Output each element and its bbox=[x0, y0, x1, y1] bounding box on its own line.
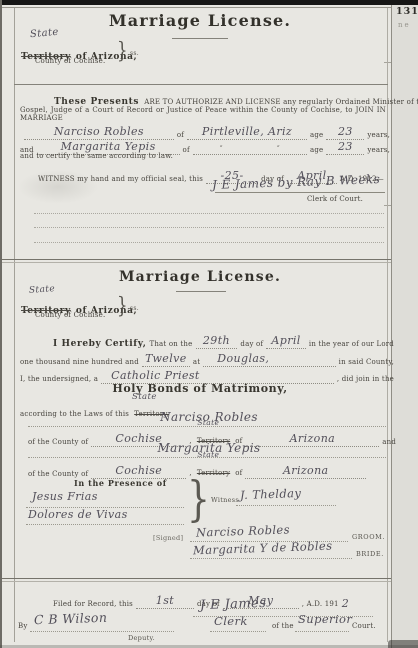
court-name-rule bbox=[295, 631, 349, 632]
by-label: By bbox=[18, 622, 28, 630]
certificate-ss-brace: } bbox=[117, 296, 128, 318]
certificate-certify-row: I Hereby Certify, That on the 29th day o… bbox=[53, 329, 394, 349]
bride-state-field: Arizona bbox=[245, 459, 366, 479]
bride-age-field: 23 bbox=[326, 135, 364, 155]
scanned-marriage-license-document: 131 ne Marriage License. State Territory… bbox=[0, 0, 418, 648]
groom-state-overwrite: State bbox=[197, 419, 219, 427]
frame-left-border bbox=[14, 8, 15, 642]
cert-month-field: April bbox=[266, 329, 306, 349]
filed-day: 1st bbox=[156, 594, 174, 607]
bride-county-field: Cochise bbox=[91, 459, 186, 479]
license-clerk-title: Clerk of Court. bbox=[307, 195, 363, 203]
deputy-label: Deputy. bbox=[128, 634, 155, 642]
scan-left-edge bbox=[0, 0, 2, 648]
filing-clerk-signature: J E James bbox=[200, 597, 267, 612]
certificate-county-label: County of Cochise. bbox=[35, 311, 105, 319]
bride-signature-rule bbox=[190, 558, 352, 559]
license-clerk-signature-line bbox=[215, 192, 385, 193]
license-county-label: County of Cochise. bbox=[35, 57, 105, 65]
certificate-officiant-row: I, the undersigned, a Catholic Priest , … bbox=[20, 364, 394, 384]
blank-rule-3 bbox=[34, 242, 384, 243]
license-certify-line: and to certify the same according to law… bbox=[20, 152, 173, 160]
of-the-label: of the bbox=[272, 622, 294, 630]
certificate-ss-label: ss. bbox=[130, 305, 139, 312]
court-name: Superior bbox=[298, 614, 352, 626]
cert-day-field: 29th bbox=[196, 329, 238, 349]
witness-signature: J. Thelday bbox=[240, 488, 302, 502]
filed-day-field: 1st bbox=[136, 589, 194, 609]
license-state-overwrite: State bbox=[30, 28, 60, 40]
witness2-name: Dolores de Vivas bbox=[28, 509, 128, 520]
section-divider-2b bbox=[2, 581, 391, 582]
of-label: of bbox=[183, 147, 190, 155]
license-divider-top bbox=[14, 84, 388, 85]
groom-signature: Narciso Robles bbox=[196, 524, 290, 539]
bride-signature: Margarita Y de Robles bbox=[193, 541, 333, 557]
cert-month: April bbox=[271, 334, 300, 347]
scan-top-edge bbox=[0, 0, 418, 5]
witness2-rule bbox=[26, 524, 184, 525]
officiant: Catholic Priest bbox=[111, 369, 200, 382]
license-title-rule bbox=[172, 38, 228, 39]
laws-state-overwrite: State bbox=[132, 393, 157, 402]
certificate-title: Marriage License. bbox=[0, 269, 400, 285]
officiant-field: Catholic Priest bbox=[101, 364, 334, 384]
license-title: Marriage License. bbox=[0, 11, 400, 30]
blank-rule-2 bbox=[34, 227, 384, 228]
section-divider-2 bbox=[2, 578, 391, 579]
license-ss-label: ss. bbox=[130, 50, 139, 57]
witness1-name: Jesus Frias bbox=[32, 491, 98, 502]
ad-label: , A.D. 191 bbox=[302, 601, 339, 609]
bride-label: BRIDE. bbox=[356, 550, 384, 558]
bride-county: Cochise bbox=[115, 464, 162, 477]
cert-day: 29th bbox=[203, 334, 230, 347]
certificate-title-rule bbox=[176, 291, 226, 292]
certificate-state-overwrite: State bbox=[29, 285, 56, 296]
ditto-mark: ″ bbox=[220, 146, 223, 154]
witness-brace: } bbox=[187, 475, 210, 523]
presence-heading: In the Presence of bbox=[74, 478, 167, 488]
deputy-signature-rule bbox=[30, 631, 174, 632]
witness-seal-text: WITNESS my hand and my official seal, th… bbox=[38, 176, 203, 184]
clerk-word: Clerk bbox=[214, 616, 248, 628]
license-presents-rest: ARE TO AUTHORIZE AND LICENSE any regular… bbox=[144, 98, 418, 106]
court-label: Court. bbox=[352, 622, 376, 630]
frame-top-border bbox=[2, 7, 391, 8]
witness-label: Witness bbox=[211, 496, 239, 504]
groom-label: GROOM. bbox=[352, 533, 385, 541]
witness-signature-rule bbox=[236, 505, 336, 506]
license-ss-brace: } bbox=[117, 41, 128, 63]
deputy-signature: C B Wilson bbox=[34, 612, 108, 627]
of-label: of bbox=[235, 469, 242, 478]
section-divider-1b bbox=[2, 262, 391, 263]
signed-label: [Signed] bbox=[153, 534, 183, 542]
scan-corner-blotch bbox=[388, 640, 418, 648]
blank-rule-1 bbox=[34, 213, 384, 214]
clerk-word-rule bbox=[210, 631, 266, 632]
bride-age: 23 bbox=[338, 140, 353, 153]
bride-state: Arizona bbox=[283, 464, 329, 477]
bride-residence-field: ″ ″ bbox=[193, 146, 307, 155]
age-label: age bbox=[310, 147, 323, 155]
holy-bonds-heading: Holy Bonds of Matrimony, bbox=[0, 382, 400, 395]
filed-line-label: Filed for Record, this bbox=[53, 601, 133, 609]
bride-state-overwrite: State bbox=[197, 451, 219, 459]
certificate-bride-county-row: of the County of Cochise , Territory of … bbox=[28, 459, 396, 479]
section-divider-1 bbox=[2, 259, 391, 260]
filed-year-digit: 2 bbox=[342, 598, 349, 609]
years-label: years, bbox=[367, 147, 390, 155]
ditto-mark: ″ bbox=[277, 146, 280, 154]
